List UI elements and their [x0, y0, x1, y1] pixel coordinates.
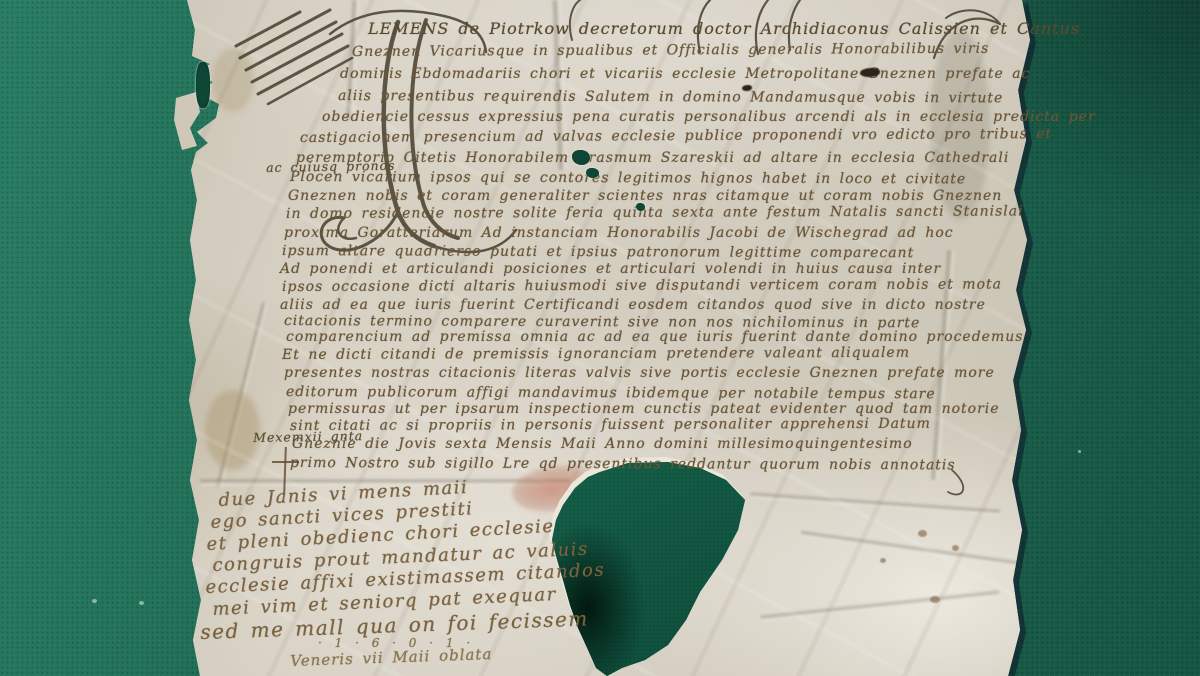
- manuscript-line: dominis Ebdomadariis chori et vicariis e…: [340, 67, 1030, 81]
- manuscript-line: obediencie cessus expressius pena curati…: [322, 110, 1096, 124]
- manuscript-line: in domo residencie nostre solite feria q…: [286, 204, 1024, 221]
- manuscript-line: Gneznie die Jovis sexta Mensis Maii Anno…: [292, 437, 913, 451]
- manuscript-line: peremptorio Citetis Honorabilem Erasmum …: [296, 151, 1009, 165]
- manuscript-line: LEMENS de Piotrkow decretorum doctor Arc…: [368, 22, 1080, 36]
- manuscript-line: aliis presentibus requirendis Salutem in…: [338, 89, 1003, 105]
- ink-cross-mark: [272, 461, 299, 463]
- manuscript-line: citacionis termino comparere curaverint …: [284, 314, 920, 330]
- edge-tear: [196, 62, 210, 108]
- manuscript-line: Gneznen nobis et coram generaliter scien…: [288, 189, 1002, 203]
- small-tear: [586, 168, 599, 178]
- manuscript-line: castigacionem presencium ad valvas eccle…: [300, 127, 1052, 145]
- manuscript-line: aliis ad ea que iuris fuerint Certifican…: [280, 298, 986, 312]
- manuscript-line: Et ne dicti citandi de premissis ignoran…: [282, 346, 910, 362]
- manuscript-line: ipsos occasione dicti altaris huiusmodi …: [282, 277, 1002, 294]
- photo-scene: LEMENS de Piotrkow decretorum doctor Arc…: [0, 0, 1200, 676]
- manuscript-line: presentes nostras citacionis literas val…: [284, 366, 995, 380]
- manuscript-line: primo Nostro sub sigillo Lre qd presenti…: [290, 456, 956, 472]
- manuscript-line: Gneznen Vicariusque in spualibus et Offi…: [352, 42, 989, 59]
- manuscript-line: comparencium ad premissa omnia ac ad ea …: [286, 330, 1023, 344]
- manuscript-line: sint citati ac si propriis in personis f…: [290, 417, 931, 433]
- margin-note-lower: Mexemxii gnta: [253, 428, 363, 445]
- manuscript-line: editorum publicorum affigi mandavimus ib…: [286, 385, 936, 401]
- manuscript-line: permissuras ut per ipsarum inspectionem …: [288, 402, 1000, 416]
- margin-note-upper: ac cuiusq pronos: [266, 158, 396, 175]
- manuscript-line: Ad ponendi et articulandi posiciones et …: [280, 262, 941, 276]
- manuscript-line: proxima Goratteriarum Ad instanciam Hono…: [284, 226, 954, 240]
- manuscript-line: ipsum altare quadrierso putati et ipsius…: [282, 244, 914, 260]
- small-tear: [636, 203, 645, 211]
- small-tear: [572, 150, 590, 165]
